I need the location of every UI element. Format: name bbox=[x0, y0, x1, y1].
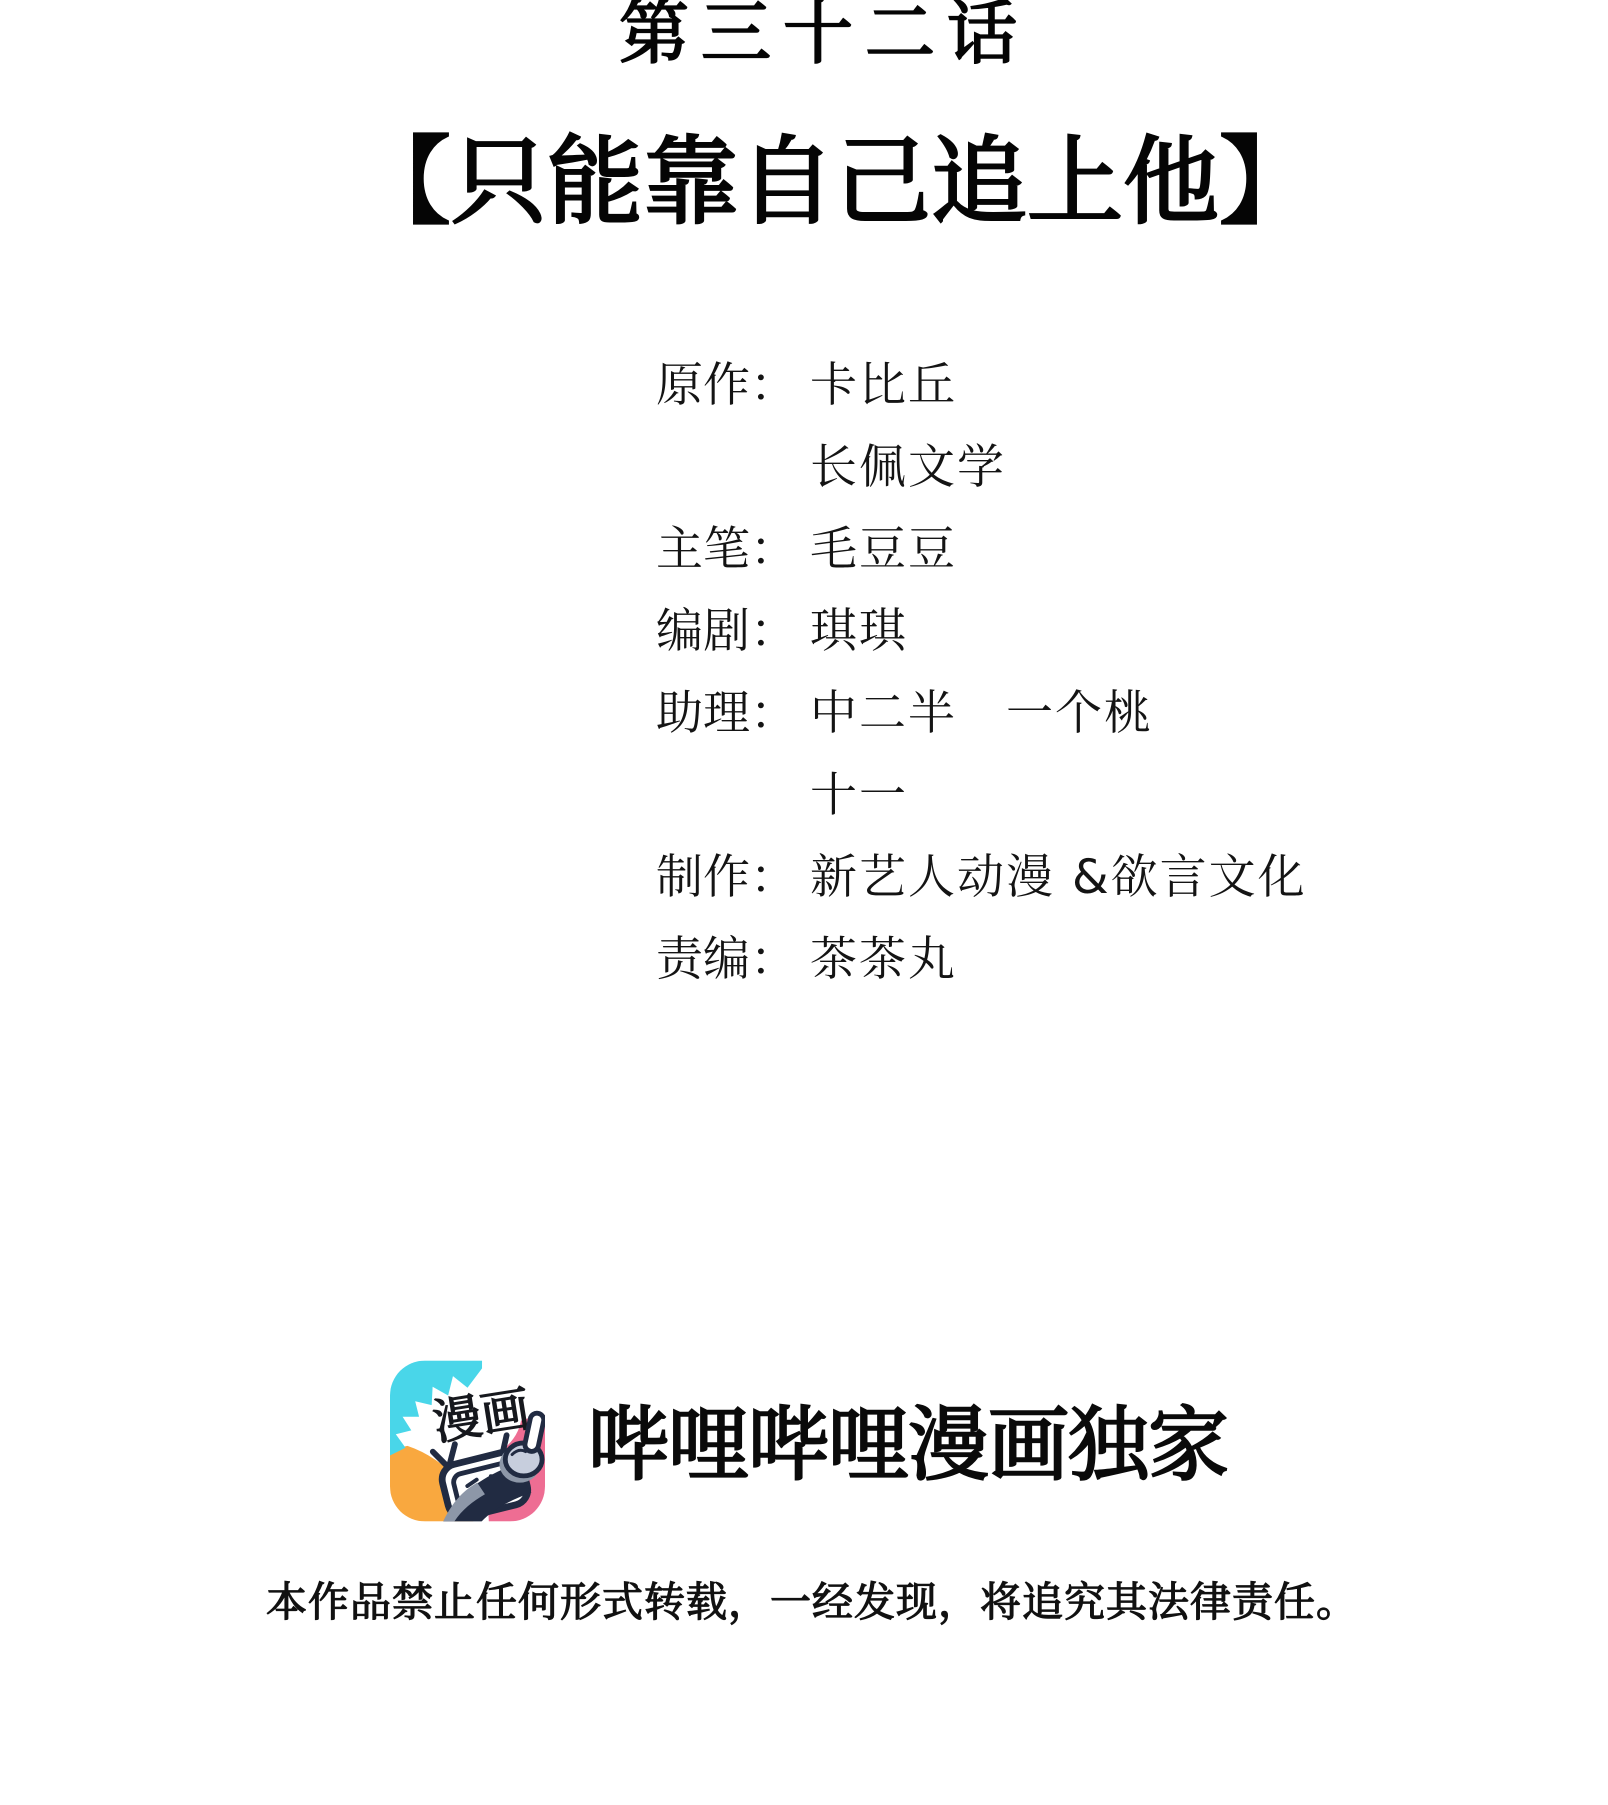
chapter-number: 第三十二话 bbox=[40, 0, 1608, 74]
credit-label: 编剧： bbox=[656, 591, 810, 673]
credit-line-assistants-cont: 十一 bbox=[656, 755, 1556, 837]
copyright-disclaimer: 本作品禁止任何形式转载，一经发现，将追究其法律责任。 bbox=[16, 1576, 1608, 1628]
credit-value: 长佩文学 bbox=[810, 440, 1006, 495]
credit-label: 责编： bbox=[656, 919, 810, 1001]
credit-line-original-author: 原作：卡比丘 bbox=[656, 345, 1556, 427]
credit-value: 琪琪 bbox=[810, 604, 908, 659]
credit-line-screenwriter: 编剧：琪琪 bbox=[656, 591, 1556, 673]
bilibili-comics-app-icon: 漫画 bbox=[390, 1358, 545, 1524]
credit-value: 毛豆豆 bbox=[810, 522, 957, 577]
credit-value: 中二半 一个桃 bbox=[810, 686, 1153, 741]
chapter-title: 【只能靠自己追上他】 bbox=[80, 126, 1590, 238]
credit-line-editor: 责编：茶茶丸 bbox=[656, 919, 1556, 1001]
credits-list: 原作：卡比丘 长佩文学 主笔：毛豆豆 编剧：琪琪 助理：中二半 一个桃 十一 制… bbox=[656, 345, 1556, 1001]
credit-line-assistants: 助理：中二半 一个桃 bbox=[656, 673, 1556, 755]
chapter-credits-page: 第三十二话 【只能靠自己追上他】 原作：卡比丘 长佩文学 主笔：毛豆豆 编剧：琪… bbox=[0, 0, 1608, 1805]
credit-value: 茶茶丸 bbox=[810, 932, 957, 987]
credit-value: 新艺人动漫 &欲言文化 bbox=[810, 850, 1307, 905]
credit-label: 主笔： bbox=[656, 509, 810, 591]
credit-line-original-publisher: 长佩文学 bbox=[656, 427, 1556, 509]
credit-line-production: 制作：新艺人动漫 &欲言文化 bbox=[656, 837, 1556, 919]
credit-label: 原作： bbox=[656, 345, 810, 427]
credit-line-lead-artist: 主笔：毛豆豆 bbox=[656, 509, 1556, 591]
credit-label: 助理： bbox=[656, 673, 810, 755]
credit-label: 制作： bbox=[656, 837, 810, 919]
bilibili-exclusive-wordmark: 哔哩哔哩漫画独家 bbox=[588, 1398, 1228, 1494]
credit-value: 十一 bbox=[810, 768, 908, 823]
credit-value: 卡比丘 bbox=[810, 358, 957, 413]
